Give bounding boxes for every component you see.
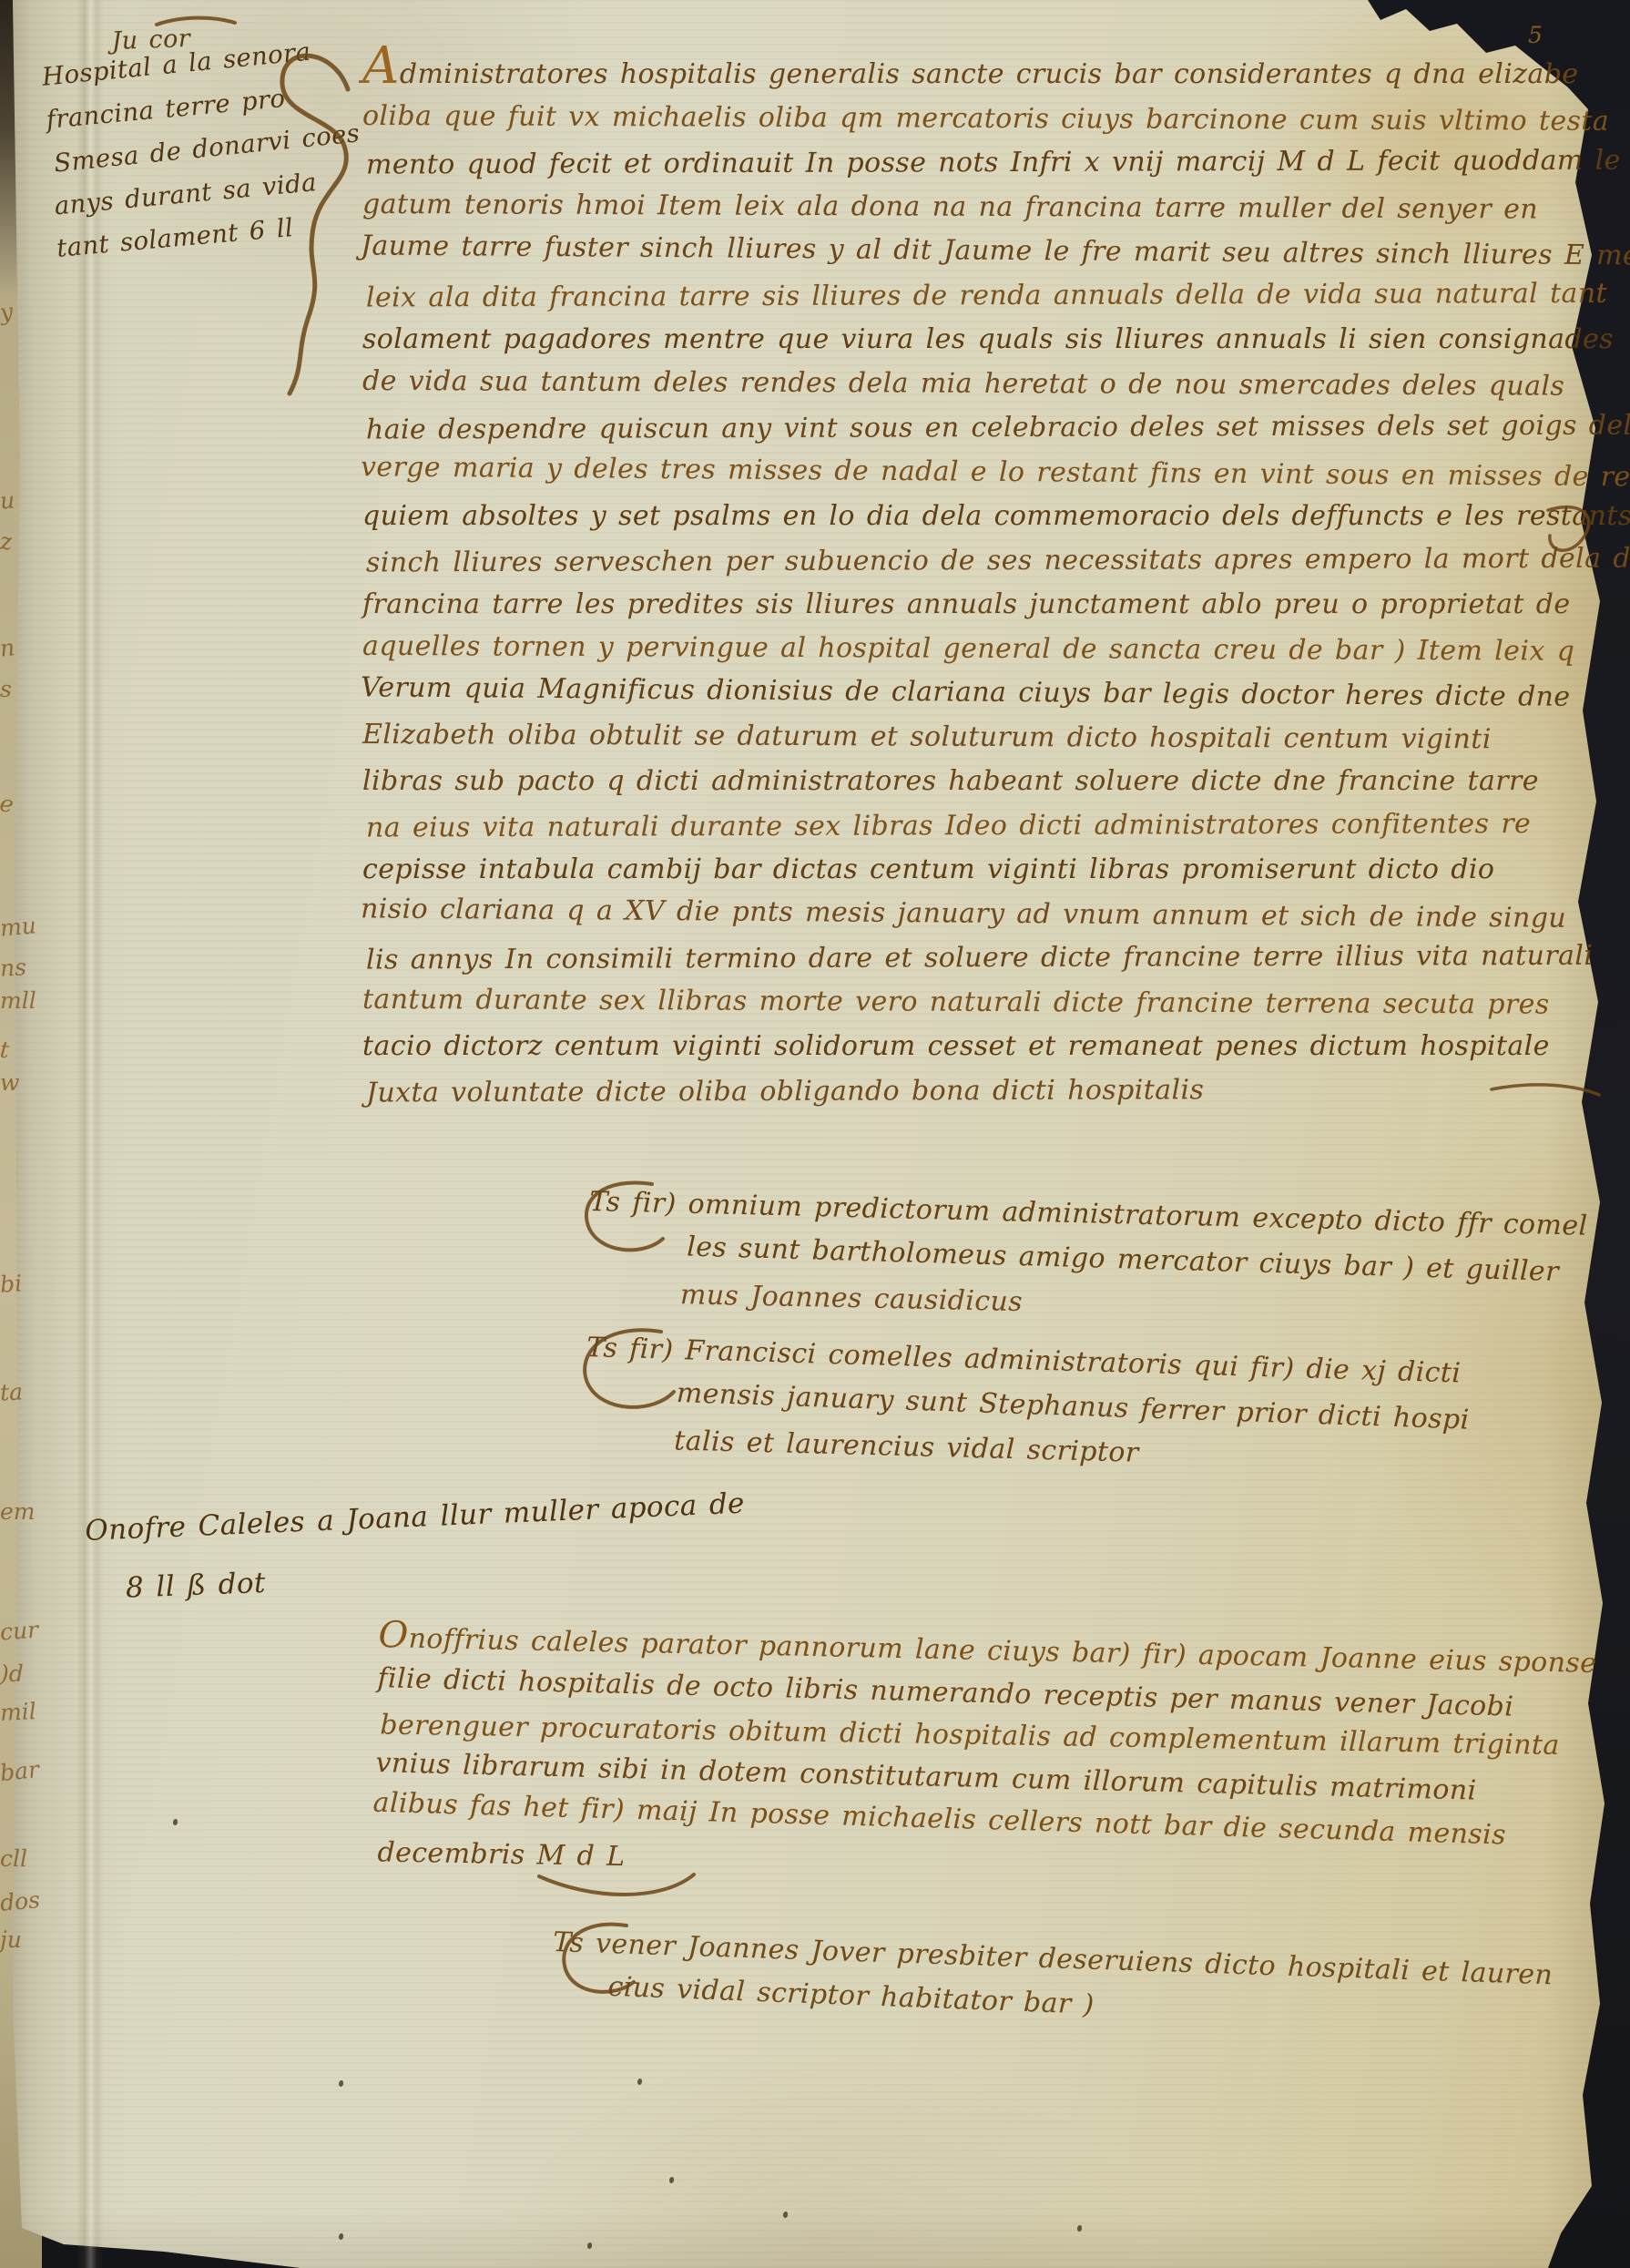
manuscript-line: Elizabeth oliba obtulit se daturum et so… xyxy=(362,712,1630,762)
edge-text-fragment: mil xyxy=(0,1698,36,1726)
manuscript-line: verge maria y deles tres misses de nadal… xyxy=(361,445,1630,500)
manuscript-line: haie despendre quiscun any vint sous en … xyxy=(366,404,1630,452)
edge-text-fragment: ju xyxy=(0,1926,22,1953)
manuscript-line: solament pagadores mentre que viura les … xyxy=(362,318,1630,363)
manuscript-line: lis annys In consimili termino dare et s… xyxy=(366,934,1630,982)
manuscript-line: Jaume tarre fuster sinch lliures y al di… xyxy=(361,224,1630,279)
paper-fold-crease xyxy=(76,0,104,2268)
manuscript-line: mento quod fecit et ordinauit In posse n… xyxy=(366,138,1630,187)
manuscript-line: Administratores hospitalis generalis san… xyxy=(362,53,1630,97)
manuscript-line: gatum tenoris hmoi Item leix ala dona na… xyxy=(362,182,1630,232)
edge-text-fragment: u xyxy=(0,486,15,514)
edge-text-fragment: bar xyxy=(0,1756,40,1786)
manuscript-line: na eius vita naturali durante sex libras… xyxy=(366,802,1630,850)
page-number: 5 xyxy=(1528,22,1543,48)
witness-block-1: Ts fir) omnium predictorum administrator… xyxy=(586,1180,1588,1338)
manuscript-line: leix ala dita francina tarre sis lliures… xyxy=(366,271,1630,320)
manuscript-line: Juxta voluntate dicte oliba obligando bo… xyxy=(366,1067,1630,1115)
manuscript-line: sinch lliures serveschen per subuencio d… xyxy=(366,536,1630,585)
manuscript-line: Verum quia Magnificus dionisius de clari… xyxy=(361,666,1630,720)
apoca-paragraph: Onoffrius caleles parator pannorum lane … xyxy=(373,1614,1597,1897)
edge-text-fragment: mll xyxy=(0,987,36,1014)
edge-text-fragment: ns xyxy=(0,954,27,981)
manuscript-line: francina tarre les predites sis lliures … xyxy=(362,583,1630,628)
edge-text-fragment: s xyxy=(0,676,12,702)
edge-text-fragment: w xyxy=(0,1069,19,1096)
manuscript-line: nisio clariana q a XV die pnts mesis jan… xyxy=(361,887,1630,942)
edge-text-fragment: )d xyxy=(0,1660,24,1687)
edge-text-fragment: em xyxy=(0,1498,36,1525)
edge-text-fragment: dos xyxy=(0,1886,41,1916)
main-entry-paragraph: Administratores hospitalis generalis san… xyxy=(362,53,1630,1113)
edge-text-fragment: bi xyxy=(0,1270,23,1298)
edge-text-fragment: cur xyxy=(0,1617,39,1646)
edge-text-fragment: mu xyxy=(0,912,37,941)
manuscript-line: aquelles tornen y pervingue al hospital … xyxy=(362,624,1630,674)
manuscript-line: cepisse intabula cambij bar dictas centu… xyxy=(362,848,1630,893)
edge-text-fragment: ta xyxy=(0,1378,24,1405)
manuscript-line: tacio dictorz centum viginti solidorum c… xyxy=(362,1025,1630,1069)
margin-note-top: Hospital a la senorafrancina terre proSm… xyxy=(40,27,367,272)
manuscript-scan: 5 Ju cor Hospital a la senorafrancina te… xyxy=(0,0,1630,2268)
edge-text-fragment: z xyxy=(0,528,12,555)
witness-block-2: Ts fir) Francisci comelles administrator… xyxy=(584,1325,1472,1486)
manuscript-line: de vida sua tantum deles rendes dela mia… xyxy=(362,359,1630,409)
manuscript-line: tantum durante sex llibras morte vero na… xyxy=(362,977,1630,1027)
manuscript-line: oliba que fuit vx michaelis oliba qm mer… xyxy=(362,94,1630,144)
edge-text-fragment: n xyxy=(0,634,16,662)
manuscript-line: quiem absoltes y set psalms en lo dia de… xyxy=(362,495,1630,539)
edge-text-fragment: cll xyxy=(0,1845,27,1872)
manuscript-line: libras sub pacto q dicti administratores… xyxy=(362,760,1630,804)
